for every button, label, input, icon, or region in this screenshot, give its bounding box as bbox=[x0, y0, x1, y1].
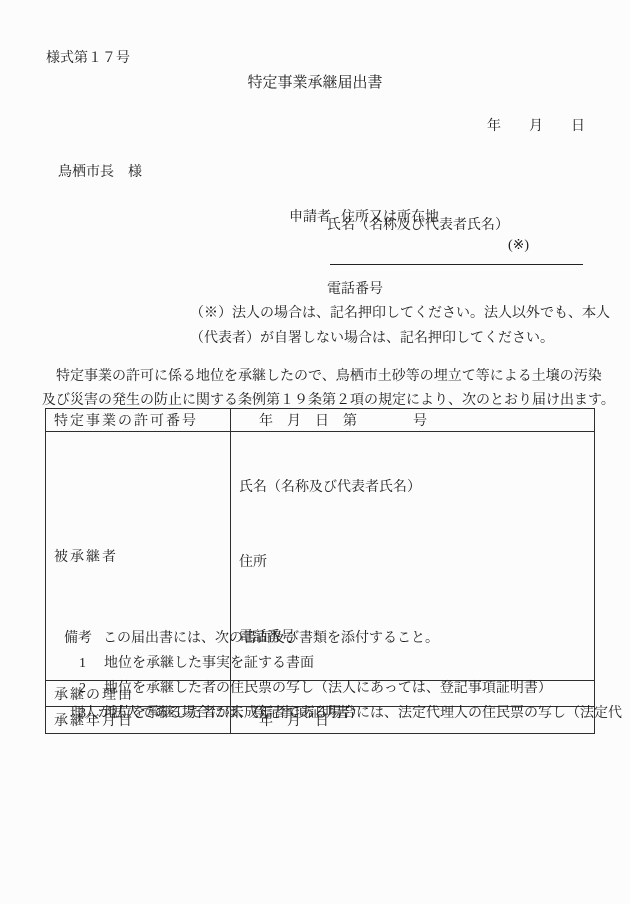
document-title: 特定事業承継届出書 bbox=[0, 71, 630, 92]
applicant-name-label: 氏名（名称及び代表者氏名） bbox=[327, 214, 509, 234]
applicant-phone-label: 電話番号 bbox=[327, 278, 383, 298]
remarks-section: 備考この届出書には、次の書面及び書類を添付すること。 1地位を承継した事実を証す… bbox=[43, 601, 622, 726]
seal-mark: (※) bbox=[508, 237, 529, 254]
remarks-heading-text: この届出書には、次の書面及び書類を添付すること。 bbox=[103, 631, 439, 646]
seal-note-line2: （代表者）が自署しない場合は、記名押印してください。 bbox=[190, 327, 554, 347]
remarks-item-1-text: 地位を承継した事実を証する書面 bbox=[104, 656, 314, 671]
form-number: 様式第１７号 bbox=[46, 47, 130, 67]
permit-number-value: 年 月 日 第 号 bbox=[231, 409, 595, 432]
body-paragraph-line2: 及び災害の発生の防止に関する条例第１９条第２項の規定により、次のとおり届け出ます… bbox=[42, 389, 615, 409]
remarks-item-2-text: 地位を承継した者の住民票の写し（法人にあっては、登記事項証明書） bbox=[104, 681, 552, 696]
addressee-mayor: 鳥栖市長 様 bbox=[58, 161, 142, 181]
remarks-item-1-number: 1 bbox=[79, 651, 104, 676]
applicant-label: 申請者 bbox=[289, 210, 331, 225]
seal-note-line1: （※）法人の場合は、記名押印してください。法人以外でも、本人 bbox=[190, 302, 610, 322]
remarks-label: 備考 bbox=[64, 631, 92, 646]
predecessor-name-label: 氏名（名称及び代表者氏名） bbox=[239, 478, 594, 498]
remarks-item-2-number: 2 bbox=[79, 676, 104, 701]
date-line: 年 月 日 bbox=[487, 115, 585, 135]
body-paragraph-line1: 特定事業の許可に係る地位を承継したので、鳥栖市土砂等の埋立て等による土壌の汚染 bbox=[42, 365, 602, 385]
predecessor-address-label: 住所 bbox=[239, 553, 594, 573]
remarks-heading: 備考この届出書には、次の書面及び書類を添付すること。 bbox=[43, 601, 622, 626]
table-row-permit-number: 特定事業の許可番号 年 月 日 第 号 bbox=[46, 409, 595, 432]
permit-number-label: 特定事業の許可番号 bbox=[46, 409, 231, 432]
document-page: 様式第１７号 特定事業承継届出書 年 月 日 鳥栖市長 様 申請者住所又は所在地… bbox=[0, 0, 630, 904]
signature-underline bbox=[330, 264, 583, 265]
